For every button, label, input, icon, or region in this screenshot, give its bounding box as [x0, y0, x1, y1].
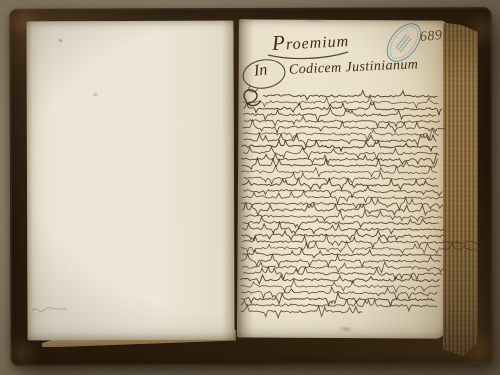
photo-background: Proemium In Codicem Justinianum 689 — [0, 0, 500, 375]
title-in: In — [253, 61, 268, 80]
folio-number: 689 — [419, 28, 443, 46]
title-proemium: Proemium — [271, 27, 349, 56]
manuscript-body-text — [235, 87, 488, 326]
pencil-mark — [30, 304, 68, 316]
left-page-blank — [26, 21, 234, 341]
